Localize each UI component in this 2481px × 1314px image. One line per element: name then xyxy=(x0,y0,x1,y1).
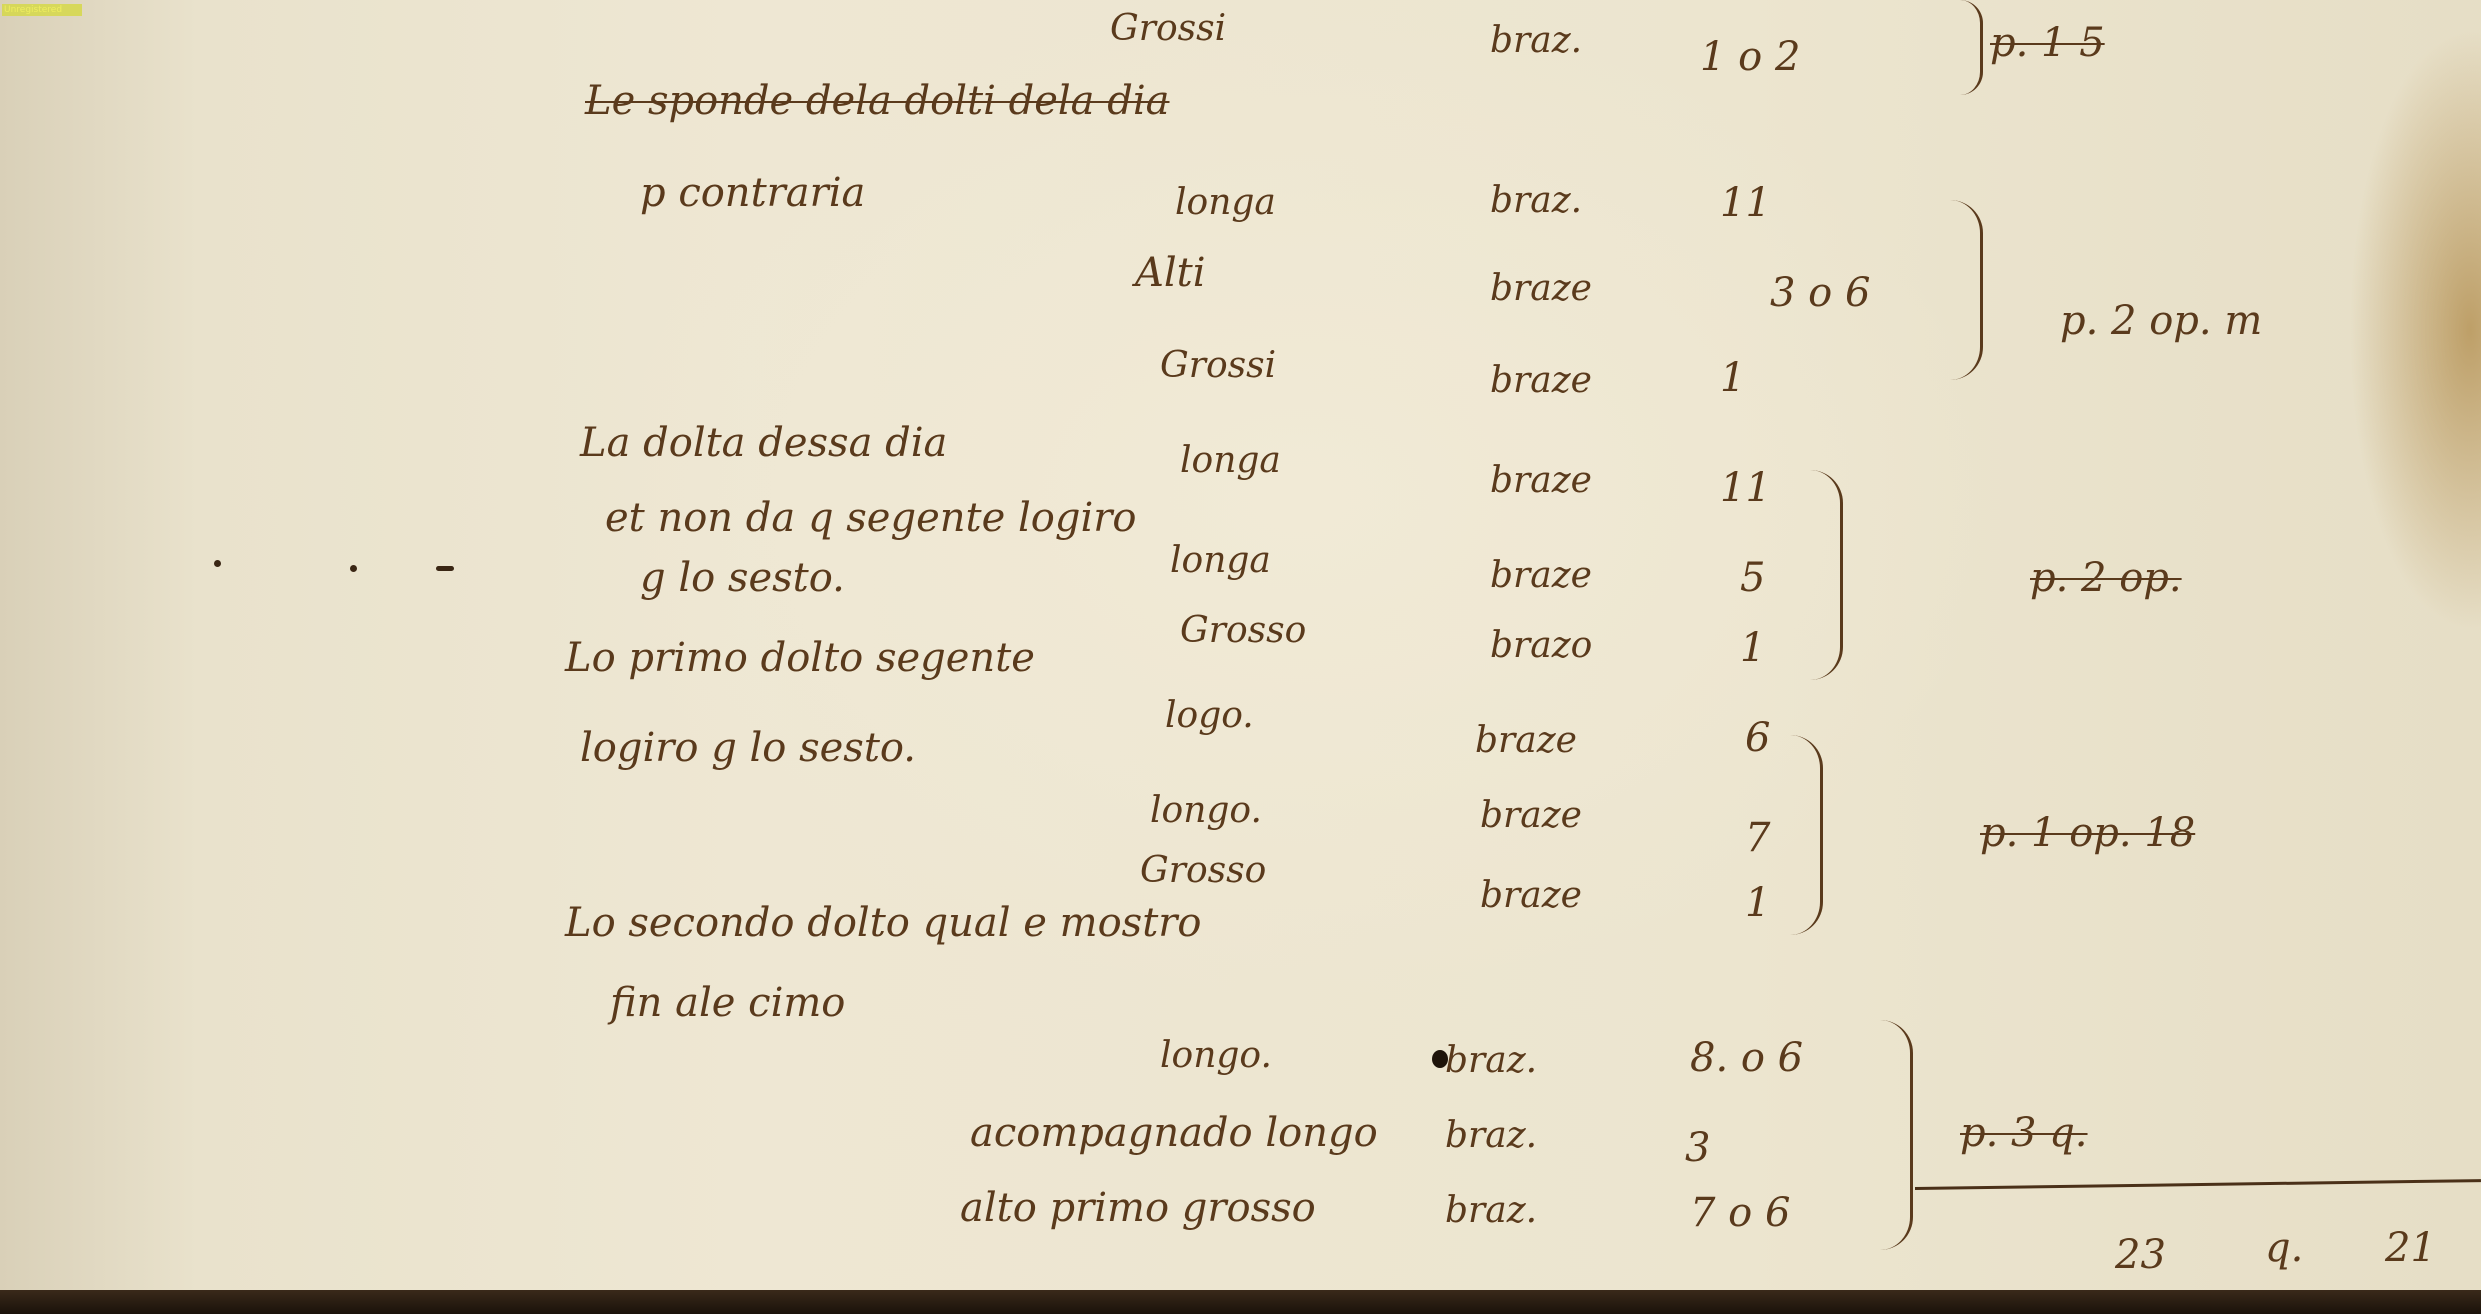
row-7-value: 1 xyxy=(1740,625,1765,671)
row-3-dim: Alti xyxy=(1135,250,1206,296)
row-13-text: acompagnado longo xyxy=(970,1110,1378,1156)
row-3-value: 3 o 6 xyxy=(1770,270,1870,316)
row-6-dim: longa xyxy=(1170,540,1271,581)
row-13-value: 3 xyxy=(1685,1125,1710,1171)
row-6-value: 5 xyxy=(1740,555,1765,601)
bracket xyxy=(1790,735,1823,935)
row-8-text: Lo primo dolto segente xyxy=(565,635,1035,681)
row-9-unit: braze xyxy=(1480,795,1582,836)
ink-speck xyxy=(350,565,357,572)
row-12-text: fin ale cimo xyxy=(610,980,845,1026)
unregistered-watermark: Unregistered xyxy=(2,4,82,16)
row-9-dim: longo. xyxy=(1150,790,1262,831)
row-8-dim: logo. xyxy=(1165,695,1254,736)
row-10-value: 1 xyxy=(1745,880,1770,926)
ink-blot xyxy=(1432,1050,1448,1068)
row-7-unit: brazo xyxy=(1490,625,1592,666)
row-13-unit: braz. xyxy=(1445,1115,1537,1156)
row-7-dim: Grosso xyxy=(1180,610,1306,651)
row-2-dim: longa xyxy=(1175,182,1276,223)
row-3-subtotal: p. 2 op. m xyxy=(2060,298,2262,344)
row-12-unit: braz. xyxy=(1445,1040,1537,1081)
grand-total-mark: q. xyxy=(2265,1225,2303,1271)
grand-total-value: 23 xyxy=(2115,1232,2166,1278)
row-2-value: 11 xyxy=(1720,180,1771,226)
row-4-dim: Grossi xyxy=(1160,345,1276,386)
row-12-value: 8. o 6 xyxy=(1690,1035,1803,1081)
row-12-dim: longo. xyxy=(1160,1035,1272,1076)
row-4-unit: braze xyxy=(1490,360,1592,401)
row-2-unit: braz. xyxy=(1490,180,1582,221)
row-0-subtotal: p. 1 5 xyxy=(1990,20,2105,66)
row-10-dim: Grosso xyxy=(1140,850,1266,891)
row-0-unit: braz. xyxy=(1490,20,1582,61)
ink-speck xyxy=(436,566,454,571)
row-5-unit: braze xyxy=(1490,460,1592,501)
page-bottom-edge xyxy=(0,1290,2481,1314)
row-10-unit: braze xyxy=(1480,875,1582,916)
row-4-value: 1 xyxy=(1720,355,1745,401)
bracket xyxy=(1950,200,1983,380)
row-1-text: Le sponde dela dolti dela dia xyxy=(585,78,1170,124)
row-0-dim: Grossi xyxy=(1110,8,1226,49)
row-9-text: logiro g lo sesto. xyxy=(580,725,916,771)
grand-total-extra: 21 xyxy=(2385,1225,2436,1271)
row-11-text: Lo secondo dolto qual e mostro xyxy=(565,900,1201,946)
row-14-unit: braz. xyxy=(1445,1190,1537,1231)
row-9-value: 7 xyxy=(1745,815,1770,861)
ink-speck xyxy=(214,560,221,567)
row-9-subtotal: p. 1 op. 18 xyxy=(1980,810,2195,856)
row-0-value: 1 o 2 xyxy=(1700,34,1800,80)
row-7-text: g lo sesto. xyxy=(640,555,845,601)
row-2-text: p contraria xyxy=(640,170,865,216)
row-5-value: 11 xyxy=(1720,465,1771,511)
row-6-text: et non da q segente logiro xyxy=(605,495,1136,541)
row-8-value: 6 xyxy=(1745,715,1770,761)
bracket xyxy=(1810,470,1843,680)
row-8-unit: braze xyxy=(1475,720,1577,761)
row-5-text: La dolta dessa dia xyxy=(580,420,947,466)
row-14-text: alto primo grosso xyxy=(960,1185,1316,1231)
bracket xyxy=(1880,1020,1913,1250)
row-6-unit: braze xyxy=(1490,555,1592,596)
row-5-dim: longa xyxy=(1180,440,1281,481)
bracket xyxy=(1960,0,1983,95)
row-6-subtotal: p. 2 op. xyxy=(2030,555,2182,601)
row-3-unit: braze xyxy=(1490,268,1592,309)
row-13-subtotal: p. 3 q. xyxy=(1960,1110,2088,1156)
row-14-value: 7 o 6 xyxy=(1690,1190,1790,1236)
